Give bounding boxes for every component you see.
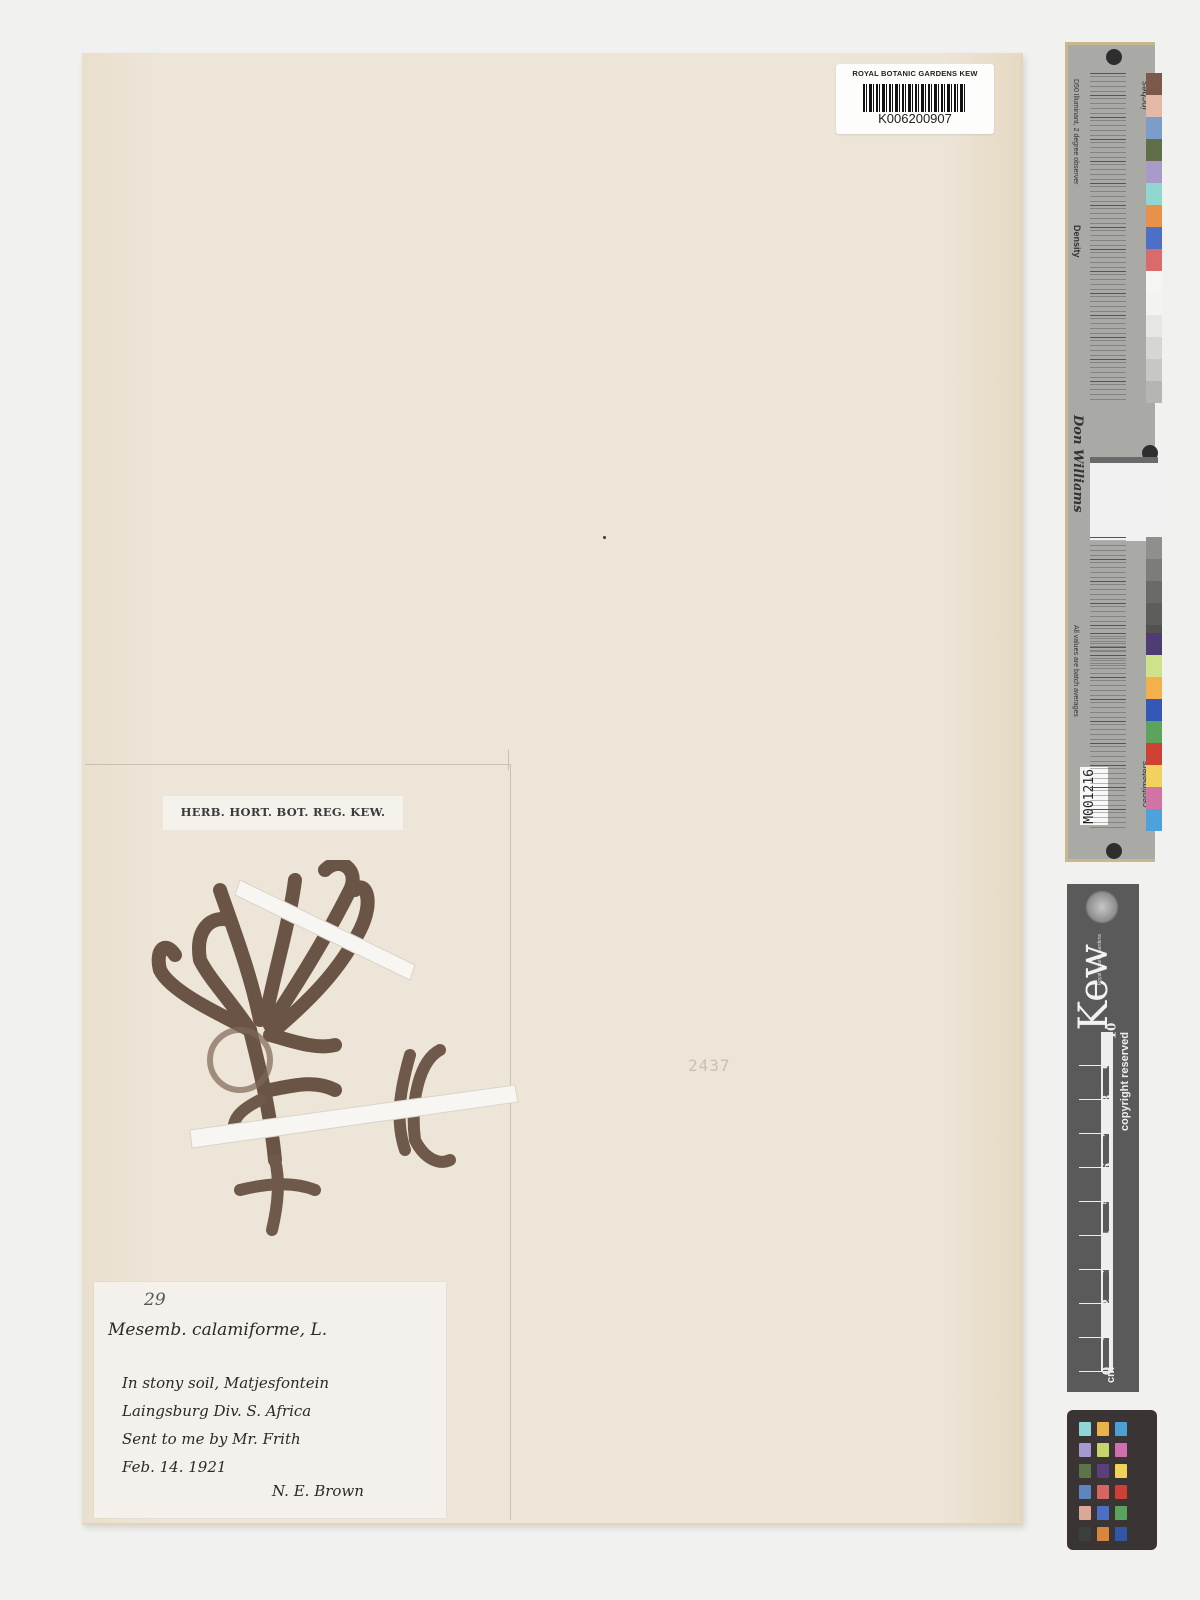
resolution-target xyxy=(1090,457,1158,541)
color-swatch xyxy=(1097,1464,1109,1478)
patch-values xyxy=(1090,677,1126,700)
scale-tick-label: 2 xyxy=(1100,1299,1114,1307)
scale-tick-label: 1 xyxy=(1100,1333,1114,1341)
kew-scale-bar: Royal Botanic Gardens Kew copyright rese… xyxy=(1067,884,1139,1392)
color-swatch xyxy=(1115,1464,1127,1478)
color-patch xyxy=(1146,359,1162,381)
color-swatch xyxy=(1079,1485,1091,1499)
color-swatch xyxy=(1097,1506,1109,1520)
color-checker-card xyxy=(1067,1410,1157,1550)
kew-logo: Kew xyxy=(1071,944,1117,1031)
ruler-hole-top xyxy=(1106,49,1122,65)
color-patch xyxy=(1146,381,1162,403)
kew-crest-icon xyxy=(1085,890,1119,924)
herbarium-stamp-label: HERB. HORT. BOT. REG. KEW. xyxy=(163,796,403,830)
scale-tick-label: 8 xyxy=(1100,1095,1114,1103)
color-swatch xyxy=(1097,1527,1109,1541)
plant-specimen-icon xyxy=(140,860,540,1260)
locality-line-2: Laingsburg Div. S. Africa xyxy=(122,1402,311,1420)
patch-values xyxy=(1090,381,1126,404)
scale-tick-label: 7 xyxy=(1100,1129,1114,1137)
patch-values xyxy=(1090,249,1126,272)
patch-values xyxy=(1090,73,1126,96)
color-patch xyxy=(1146,205,1162,227)
color-patch xyxy=(1146,677,1162,699)
color-swatch xyxy=(1115,1506,1127,1520)
scale-tick-label: 4 xyxy=(1100,1231,1114,1239)
color-patch xyxy=(1146,633,1162,655)
patch-values xyxy=(1090,655,1126,678)
ruler-brand: Don Williams xyxy=(1070,415,1085,513)
color-patch xyxy=(1146,743,1162,765)
scale-tick-label: 0 xyxy=(1100,1367,1114,1375)
color-patch xyxy=(1146,73,1162,95)
scale-tick-label: 10 xyxy=(1104,1023,1118,1040)
patch-values xyxy=(1090,227,1126,250)
collector-label: 29 Mesemb. calamiforme, L. In stony soil… xyxy=(94,1282,446,1518)
color-patch xyxy=(1146,699,1162,721)
color-swatch xyxy=(1115,1443,1127,1457)
ruler-hole-bottom xyxy=(1106,843,1122,859)
collection-date: Feb. 14. 1921 xyxy=(122,1458,226,1476)
color-patch xyxy=(1146,787,1162,809)
color-patch xyxy=(1146,95,1162,117)
color-patch xyxy=(1146,117,1162,139)
pencil-accession-number: 2437 xyxy=(688,1056,731,1075)
institution-name: ROYAL BOTANIC GARDENS KEW xyxy=(836,69,994,78)
barcode-label: ROYAL BOTANIC GARDENS KEW K006200907 xyxy=(836,64,994,134)
patch-values xyxy=(1090,633,1126,656)
label-number: 29 xyxy=(144,1290,166,1310)
patch-values xyxy=(1090,139,1126,162)
patch-values xyxy=(1090,721,1126,744)
color-patch xyxy=(1146,293,1162,315)
patch-values xyxy=(1090,559,1126,582)
color-patch xyxy=(1146,315,1162,337)
color-swatch xyxy=(1115,1485,1127,1499)
patch-values xyxy=(1090,293,1126,316)
color-patch xyxy=(1146,765,1162,787)
patch-values xyxy=(1090,161,1126,184)
color-patch xyxy=(1146,721,1162,743)
patch-values xyxy=(1090,581,1126,604)
color-patch xyxy=(1146,227,1162,249)
patch-values xyxy=(1090,117,1126,140)
taxon-name: Mesemb. calamiforme, L. xyxy=(108,1320,327,1340)
illuminant-note: D50 Illuminant, 2 degree observer xyxy=(1072,79,1079,184)
determiner-signature: N. E. Brown xyxy=(272,1482,364,1500)
color-swatch xyxy=(1079,1464,1091,1478)
patch-values xyxy=(1090,787,1126,810)
averages-note: All values are batch averages xyxy=(1072,625,1079,717)
density-label: Density xyxy=(1072,225,1082,258)
herbarium-stamp-text: HERB. HORT. BOT. REG. KEW. xyxy=(163,805,403,819)
color-patch xyxy=(1146,337,1162,359)
color-patch xyxy=(1146,537,1162,559)
patch-values xyxy=(1090,603,1126,626)
color-patch xyxy=(1146,655,1162,677)
patch-values xyxy=(1090,271,1126,294)
patch-values xyxy=(1090,205,1126,228)
color-patch xyxy=(1146,581,1162,603)
color-patch xyxy=(1146,271,1162,293)
patch-values xyxy=(1090,359,1126,382)
color-patch xyxy=(1146,139,1162,161)
color-swatch xyxy=(1115,1527,1127,1541)
color-patch xyxy=(1146,183,1162,205)
patch-values xyxy=(1090,315,1126,338)
color-swatch xyxy=(1079,1422,1091,1436)
patch-values xyxy=(1090,337,1126,360)
color-swatch xyxy=(1079,1506,1091,1520)
color-swatch xyxy=(1079,1527,1091,1541)
barcode-number: K006200907 xyxy=(836,111,994,126)
scale-tick-label: 3 xyxy=(1100,1265,1114,1273)
color-swatch xyxy=(1079,1443,1091,1457)
collector-line: Sent to me by Mr. Frith xyxy=(122,1430,301,1448)
color-patch xyxy=(1146,809,1162,831)
patch-values xyxy=(1090,699,1126,722)
patch-values xyxy=(1090,537,1126,560)
color-patch xyxy=(1146,249,1162,271)
barcode-icon xyxy=(863,84,967,112)
scale-tick-label: 5 xyxy=(1100,1197,1114,1205)
color-patch xyxy=(1146,603,1162,625)
color-calibration-ruler: inches D50 Illuminant, 2 degree observer… xyxy=(1065,42,1155,862)
patch-values xyxy=(1090,183,1126,206)
color-swatch xyxy=(1097,1443,1109,1457)
color-swatch xyxy=(1097,1485,1109,1499)
copyright-text: copyright reserved xyxy=(1119,1032,1131,1131)
patch-values xyxy=(1090,809,1126,832)
scale-tick-label: 6 xyxy=(1100,1163,1114,1171)
color-patch xyxy=(1146,559,1162,581)
patch-values xyxy=(1090,765,1126,788)
patch-values xyxy=(1090,743,1126,766)
scale-tick-label: 9 xyxy=(1100,1061,1114,1069)
color-swatch xyxy=(1115,1422,1127,1436)
color-swatch xyxy=(1097,1422,1109,1436)
color-patch xyxy=(1146,161,1162,183)
locality-line-1: In stony soil, Matjesfontein xyxy=(122,1374,329,1392)
specimen-fragment-dot xyxy=(603,536,606,539)
patch-values xyxy=(1090,95,1126,118)
